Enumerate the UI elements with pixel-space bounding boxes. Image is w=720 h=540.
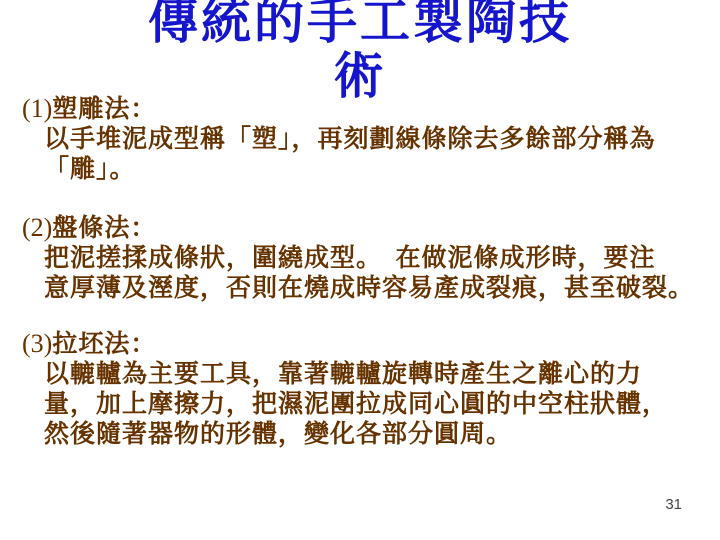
section-la-pi-method: (3)拉坯法： 以轆轤為主要工具，靠著轆轤旋轉時產生之離心的力 量，加上摩擦力，…: [22, 329, 702, 449]
section-text-line: 以手堆泥成型稱「塑」，再刻劃線條除去多餘部分稱為: [44, 124, 702, 154]
section-number: (3): [22, 329, 52, 358]
page-number: 31: [665, 496, 682, 514]
section-heading: 拉坯法：: [52, 329, 156, 358]
section-pan-tiao-method: (2)盤條法： 把泥搓揉成條狀，圍繞成型。 在做泥條成形時，要注 意厚薄及溼度，…: [22, 213, 702, 303]
section-heading: 塑雕法：: [52, 94, 156, 123]
section-su-diao-method: (1)塑雕法： 以手堆泥成型稱「塑」，再刻劃線條除去多餘部分稱為 「雕」。: [22, 94, 702, 184]
section-text-line: 意厚薄及溼度，否則在燒成時容易產成裂痕，甚至破裂。: [44, 273, 702, 303]
section-heading-row: (3)拉坯法：: [22, 329, 702, 359]
slide-title-line1: 傳統的手工製陶技: [0, 0, 720, 49]
section-text-line: 量，加上摩擦力，把濕泥團拉成同心圓的中空柱狀體，: [44, 389, 702, 419]
slide: 傳統的手工製陶技 術 (1)塑雕法： 以手堆泥成型稱「塑」，再刻劃線條除去多餘部…: [0, 0, 720, 540]
section-number: (2): [22, 213, 52, 242]
section-number: (1): [22, 94, 52, 123]
section-heading-row: (2)盤條法：: [22, 213, 702, 243]
section-heading: 盤條法：: [52, 213, 156, 242]
section-heading-row: (1)塑雕法：: [22, 94, 702, 124]
section-text-line: 然後隨著器物的形體，變化各部分圓周。: [44, 419, 702, 449]
section-text-line: 把泥搓揉成條狀，圍繞成型。 在做泥條成形時，要注: [44, 243, 702, 273]
section-text-line: 以轆轤為主要工具，靠著轆轤旋轉時產生之離心的力: [44, 359, 702, 389]
slide-title: 傳統的手工製陶技 術: [0, 0, 720, 104]
section-text-line: 「雕」。: [44, 154, 702, 184]
